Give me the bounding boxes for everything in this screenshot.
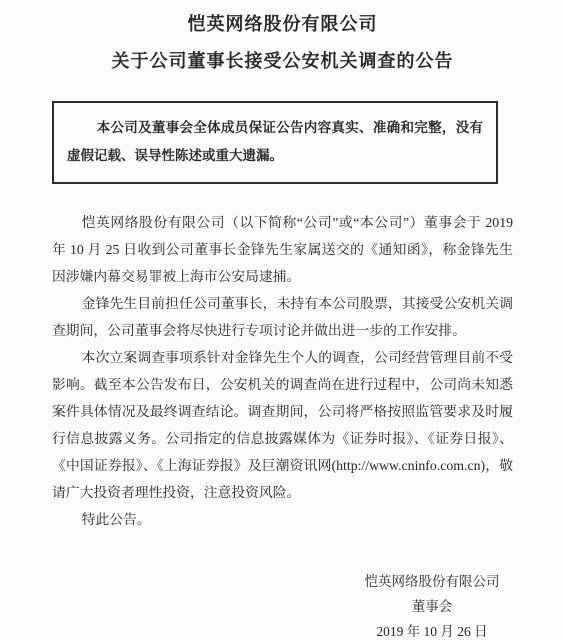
announcement-body: 恺英网络股份有限公司（以下简称“公司”或“本公司”）董事会于 2019 年 10… xyxy=(52,209,513,533)
body-paragraph-1: 恺英网络股份有限公司（以下简称“公司”或“本公司”）董事会于 2019 年 10… xyxy=(52,209,513,290)
disclaimer-text: 本公司及董事会全体成员保证公告内容真实、准确和完整，没有虚假记载、误导性陈述或重… xyxy=(67,114,483,170)
signature-date: 2019 年 10 月 26 日 xyxy=(357,619,507,640)
signature-signer: 董事会 xyxy=(357,594,507,619)
body-paragraph-3: 本次立案调查事项系针对金锋先生个人的调查，公司经营管理目前不受影响。截至本公告发… xyxy=(52,344,513,506)
announcement-document: 恺英网络股份有限公司 关于公司董事长接受公安机关调查的公告 本公司及董事会全体成… xyxy=(0,0,565,640)
disclaimer-box: 本公司及董事会全体成员保证公告内容真实、准确和完整，没有虚假记载、误导性陈述或重… xyxy=(52,101,498,184)
signature-company: 恺英网络股份有限公司 xyxy=(357,569,507,594)
body-paragraph-2: 金锋先生目前担任公司董事长，未持有本公司股票，其接受公安机关调查期间，公司董事会… xyxy=(52,290,513,344)
document-title-subject: 关于公司董事长接受公安机关调查的公告 xyxy=(0,49,565,73)
document-title-company: 恺英网络股份有限公司 xyxy=(0,0,565,36)
body-paragraph-closing: 特此公告。 xyxy=(52,506,513,533)
signature-block: 恺英网络股份有限公司 董事会 2019 年 10 月 26 日 xyxy=(357,569,507,640)
